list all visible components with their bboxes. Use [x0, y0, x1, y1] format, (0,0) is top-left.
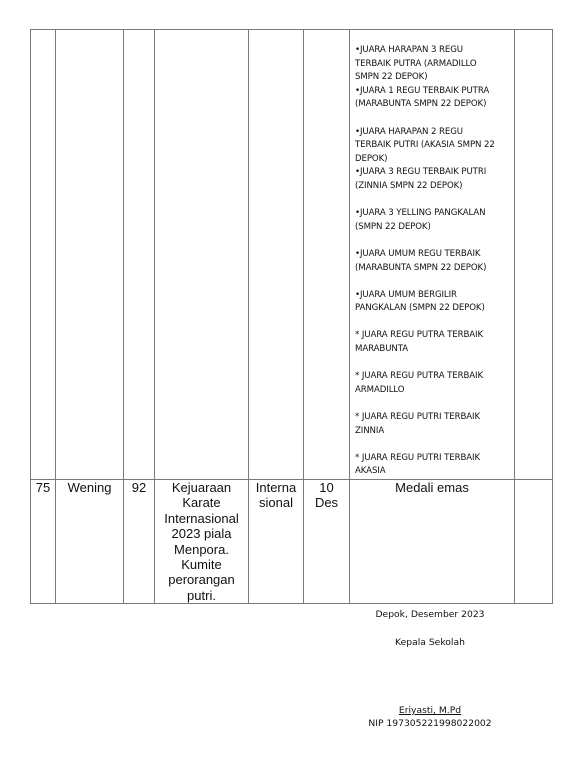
signatory-nip: NIP 197305221998022002	[330, 718, 530, 729]
cell-level	[249, 30, 304, 480]
cell-line: Kejuaraan	[155, 480, 248, 495]
cell-name	[56, 30, 124, 480]
cell-achievement: Medali emas	[350, 480, 515, 604]
list-item: * JUARA REGU PUTRA TERBAIKARMADILLO	[355, 370, 512, 397]
cell-level: Internasional	[249, 480, 304, 604]
cell-line: sional	[249, 495, 303, 510]
spacer	[355, 275, 512, 289]
cell-line: Karate	[155, 495, 248, 510]
spacer	[355, 316, 512, 330]
achievement-list: •JUARA HARAPAN 3 REGUTERBAIK PUTRA (ARMA…	[350, 30, 514, 479]
cell-line: putri.	[155, 588, 248, 603]
cell-notes	[515, 30, 553, 480]
cell-line: perorangan	[155, 572, 248, 587]
list-item: •JUARA 3 YELLING PANGKALAN(SMPN 22 DEPOK…	[355, 207, 512, 234]
cell-date	[304, 30, 350, 480]
spacer	[355, 194, 512, 208]
achievement-table: •JUARA HARAPAN 3 REGUTERBAIK PUTRA (ARMA…	[30, 29, 553, 604]
cell-line: Interna	[249, 480, 303, 495]
list-item: * JUARA REGU PUTRA TERBAIKMARABUNTA	[355, 329, 512, 356]
spacer	[355, 112, 512, 126]
cell-line: Menpora.	[155, 542, 248, 557]
cell-no: 75	[31, 480, 56, 604]
cell-name: Wening	[56, 480, 124, 604]
cell-achievements: •JUARA HARAPAN 3 REGUTERBAIK PUTRA (ARMA…	[350, 30, 515, 480]
cell-line: Internasional	[155, 511, 248, 526]
list-item: •JUARA HARAPAN 2 REGUTERBAIK PUTRI (AKAS…	[355, 126, 512, 167]
cell-class: 92	[124, 480, 155, 604]
spacer	[355, 438, 512, 452]
cell-date: 10Des	[304, 480, 350, 604]
list-item: •JUARA HARAPAN 3 REGUTERBAIK PUTRA (ARMA…	[355, 44, 512, 85]
cell-event: KejuaraanKarateInternasional2023 pialaMe…	[155, 480, 249, 604]
cell-line: Kumite	[155, 557, 248, 572]
list-item: •JUARA UMUM BERGILIRPANGKALAN (SMPN 22 D…	[355, 289, 512, 316]
table-row: 75 Wening 92 KejuaraanKarateInternasiona…	[31, 480, 553, 604]
list-item: •JUARA 1 REGU TERBAIK PUTRA(MARABUNTA SM…	[355, 85, 512, 112]
table-row: •JUARA HARAPAN 3 REGUTERBAIK PUTRA (ARMA…	[31, 30, 553, 480]
list-item: * JUARA REGU PUTRI TERBAIKAKASIA	[355, 452, 512, 479]
cell-event	[155, 30, 249, 480]
signatory-position: Kepala Sekolah	[330, 637, 530, 648]
cell-line: 10	[304, 480, 349, 495]
place-date: Depok, Desember 2023	[330, 609, 530, 620]
spacer	[355, 357, 512, 371]
cell-class	[124, 30, 155, 480]
list-item: •JUARA UMUM REGU TERBAIK(MARABUNTA SMPN …	[355, 248, 512, 275]
spacer	[355, 397, 512, 411]
cell-notes	[515, 480, 553, 604]
spacer	[355, 234, 512, 248]
list-item: •JUARA 3 REGU TERBAIK PUTRI(ZINNIA SMPN …	[355, 166, 512, 193]
cell-line: 2023 piala	[155, 526, 248, 541]
signatory-name: Eriyasti, M.Pd	[395, 705, 465, 716]
list-item: * JUARA REGU PUTRI TERBAIKZINNIA	[355, 411, 512, 438]
cell-no	[31, 30, 56, 480]
cell-line: Des	[304, 495, 349, 510]
